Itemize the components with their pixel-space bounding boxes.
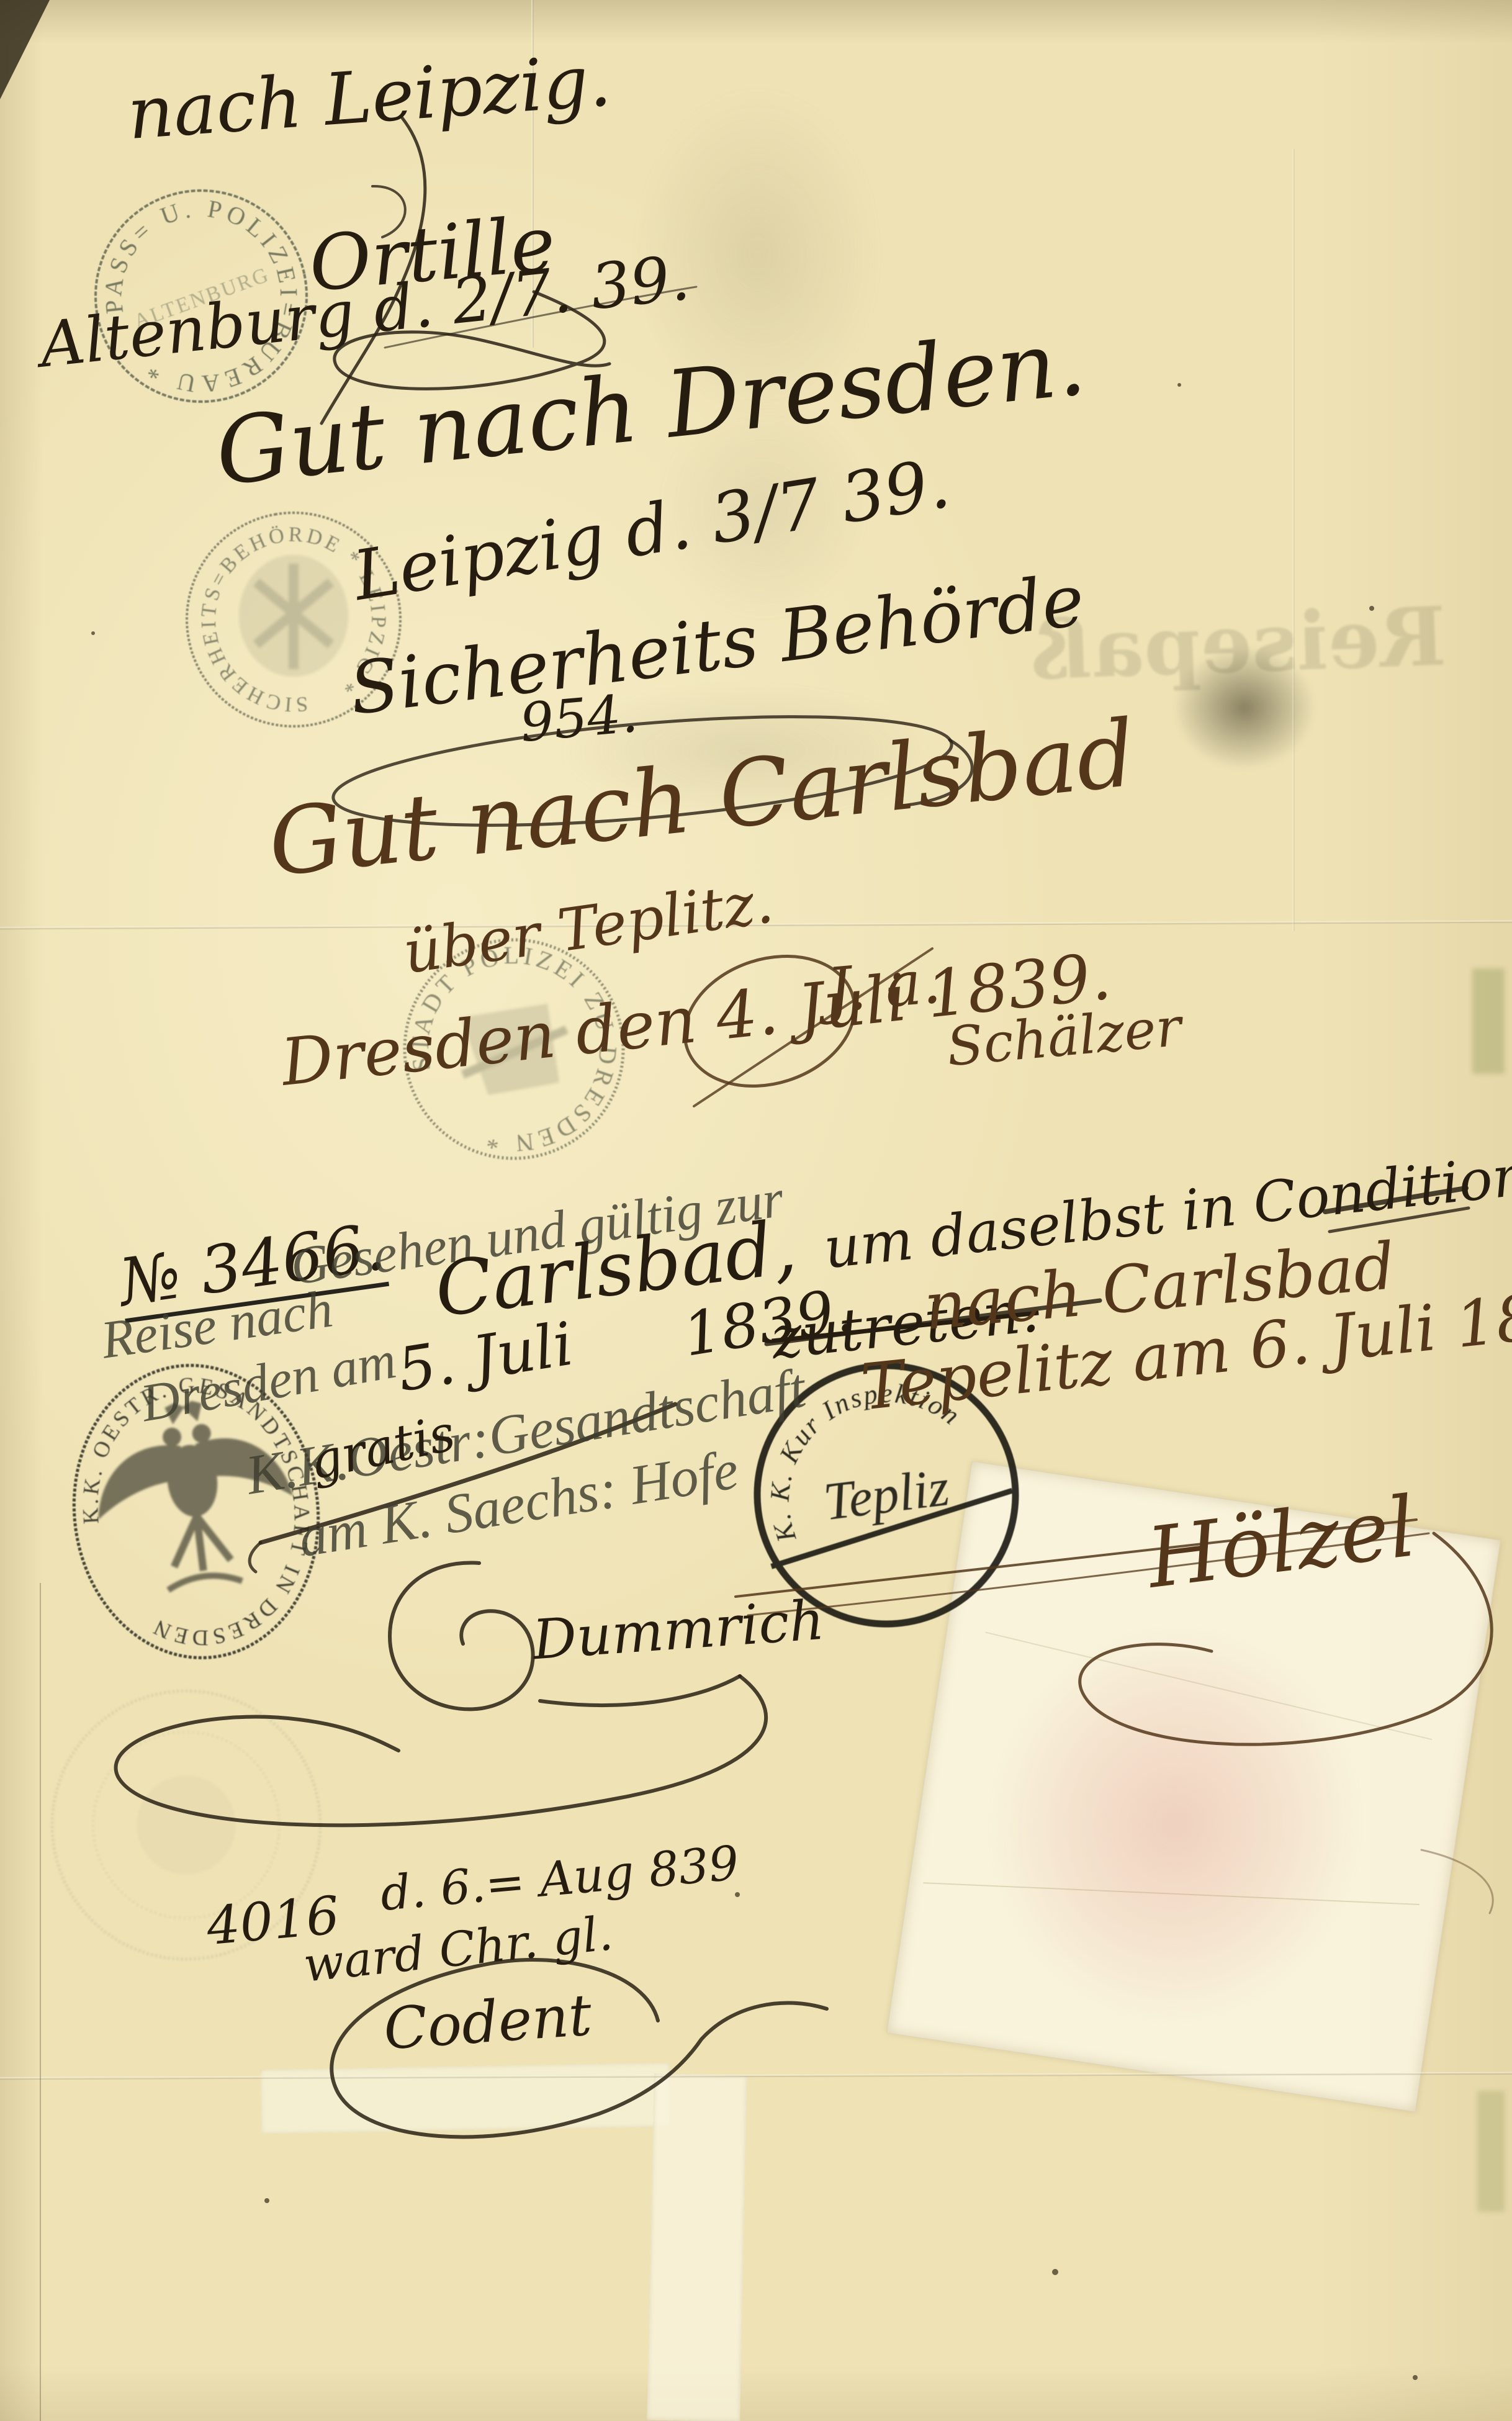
signature-codent: Codent (382, 1986, 593, 2058)
entry-number-954: 954. (518, 687, 640, 750)
signature-ortille: Ortille (306, 205, 558, 302)
stamp-leipzig-arms (239, 555, 348, 677)
stamp-teplitz-center-text: Tepliz (821, 1457, 953, 1531)
signature-initials-ja: J. a. (824, 951, 943, 1022)
scanned-travel-document: Reisepaß PASS= U. POLIZEI=BUREAU * (0, 0, 1512, 2421)
